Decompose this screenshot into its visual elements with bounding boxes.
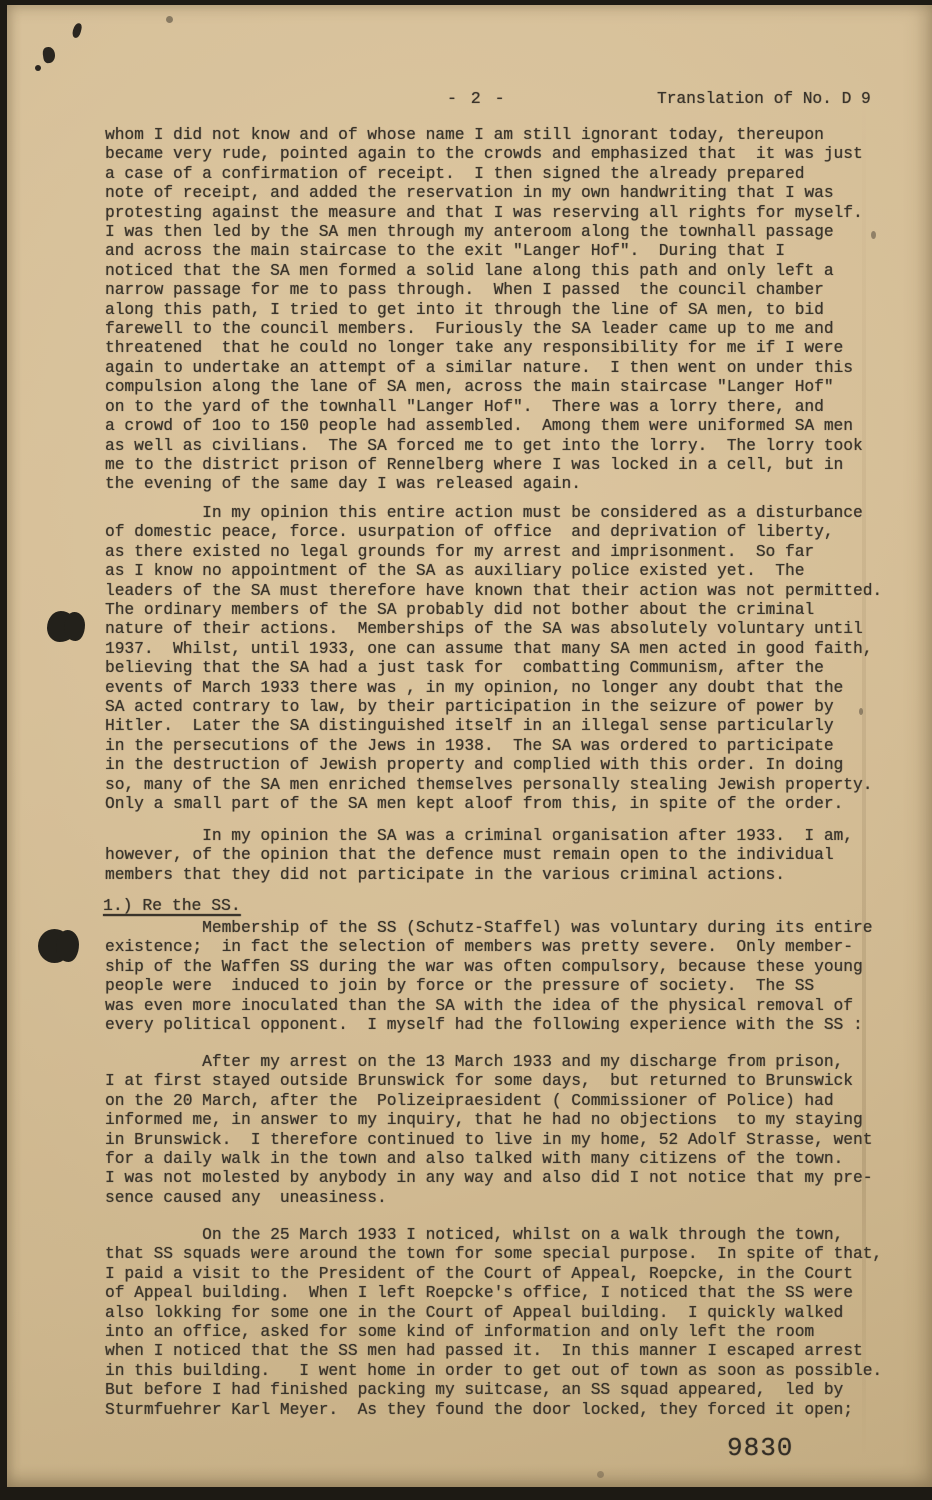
text-line: on the 20 March, after the Polizeipraesi…	[105, 1092, 905, 1111]
text-line: farewell to the council members. Furious…	[105, 320, 905, 339]
text-line: that SS squads were around the town for …	[105, 1245, 905, 1264]
text-line: Only a small part of the SA men kept alo…	[105, 795, 905, 814]
text-line: people were induced to join by force or …	[105, 977, 905, 996]
text-line: I was then led by the SA men through my …	[105, 223, 905, 242]
paper-sheet: - 2 - Translation of No. D 9 whom I did …	[7, 5, 932, 1487]
text-line: On the 25 March 1933 I noticed, whilst o…	[105, 1226, 905, 1245]
text-line: on to the yard of the townhall "Langer H…	[105, 398, 905, 417]
page-number: - 2 -	[447, 89, 507, 108]
text-line: compulsion along the lane of SA men, acr…	[105, 378, 905, 397]
paper-speck	[597, 1471, 604, 1478]
text-line: After my arrest on the 13 March 1933 and…	[105, 1053, 905, 1072]
text-line: protesting against the measure and that …	[105, 204, 905, 223]
text-line: in this building. I went home in order t…	[105, 1362, 905, 1381]
paragraph-ss-membership: Membership of the SS (Schutz-Staffel) wa…	[105, 919, 905, 1035]
text-line: so, many of the SA men enriched themselv…	[105, 776, 905, 795]
paragraph-25-march-events: On the 25 March 1933 I noticed, whilst o…	[105, 1226, 905, 1420]
text-line: SA acted contrary to law, by their parti…	[105, 698, 905, 717]
paper-speck	[859, 708, 863, 715]
text-line: I at first stayed outside Brunswick for …	[105, 1072, 905, 1091]
text-line: note of receipt, and added the reservati…	[105, 184, 905, 203]
text-line: nature of their actions. Memberships of …	[105, 620, 905, 639]
text-line: a case of a confirmation of receipt. I t…	[105, 165, 905, 184]
text-line: members that they did not participate in…	[105, 866, 905, 885]
ink-blot-mark	[38, 929, 71, 963]
text-line: for a daily walk in the town and also ta…	[105, 1150, 905, 1169]
text-line: in the destruction of Jewish property an…	[105, 756, 905, 775]
text-line: of Appeal building. When I left Roepcke'…	[105, 1284, 905, 1303]
text-line: In my opinion the SA was a criminal orga…	[105, 827, 905, 846]
text-line: was even more inoculated than the SA wit…	[105, 997, 905, 1016]
text-line: ship of the Waffen SS during the war was…	[105, 958, 905, 977]
text-line: every political opponent. I myself had t…	[105, 1016, 905, 1035]
paragraph-arrest-account: whom I did not know and of whose name I …	[105, 126, 905, 495]
text-line: also lokking for some one in the Court o…	[105, 1304, 905, 1323]
ink-splatter	[35, 65, 41, 71]
text-line: again to undertake an attempt of a simil…	[105, 359, 905, 378]
text-line: in Brunswick. I therefore continued to l…	[105, 1131, 905, 1150]
text-line: into an office, asked for some kind of i…	[105, 1323, 905, 1342]
text-line: along this path, I tried to get into it …	[105, 301, 905, 320]
text-line: noticed that the SA men formed a solid l…	[105, 262, 905, 281]
translation-reference: Translation of No. D 9	[657, 90, 871, 108]
text-line: sence caused any uneasiness.	[105, 1189, 905, 1208]
paragraph-after-arrest: After my arrest on the 13 March 1933 and…	[105, 1053, 905, 1208]
text-line: of domestic peace, force. usurpation of …	[105, 523, 905, 542]
text-line: I paid a visit to the President of the C…	[105, 1265, 905, 1284]
text-line: me to the district prison of Rennelberg …	[105, 456, 905, 475]
text-line: in the persecutions of the Jews in 1938.…	[105, 737, 905, 756]
text-line: In my opinion this entire action must be…	[105, 504, 905, 523]
text-line: The ordinary members of the SA probably …	[105, 601, 905, 620]
text-line: But before I had finished packing my sui…	[105, 1381, 905, 1400]
text-line: narrow passage for me to pass through. W…	[105, 281, 905, 300]
section-heading-re-the-ss: 1.) Re the SS.	[103, 896, 241, 915]
text-line: Sturmfuehrer Karl Meyer. As they found t…	[105, 1401, 905, 1420]
scanned-document-page: - 2 - Translation of No. D 9 whom I did …	[0, 0, 932, 1500]
text-line: Membership of the SS (Schutz-Staffel) wa…	[105, 919, 905, 938]
text-line: however, of the opinion that the defence…	[105, 846, 905, 865]
text-line: as there existed no legal grounds for my…	[105, 543, 905, 562]
text-line: a crowd of 1oo to 150 people had assembl…	[105, 417, 905, 436]
paragraph-opinion-sa-legality: In my opinion this entire action must be…	[105, 504, 905, 815]
text-line: I was not molested by anybody in any way…	[105, 1169, 905, 1188]
ink-splatter	[42, 46, 56, 64]
text-line: 1937. Whilst, until 1933, one can assume…	[105, 640, 905, 659]
text-line: as I know no appointment of the SA as au…	[105, 562, 905, 581]
paragraph-opinion-sa-criminal: In my opinion the SA was a criminal orga…	[105, 827, 905, 885]
text-line: and across the main staircase to the exi…	[105, 242, 905, 261]
text-line: the evening of the same day I was releas…	[105, 475, 905, 494]
text-line: as well as civilians. The SA forced me t…	[105, 437, 905, 456]
text-line: events of March 1933 there was , in my o…	[105, 679, 905, 698]
text-line: became very rude, pointed again to the c…	[105, 145, 905, 164]
ink-splatter	[71, 22, 82, 38]
text-line: informed me, in answer to my inquiry, th…	[105, 1111, 905, 1130]
text-line: when I noticed that the SS men had passe…	[105, 1342, 905, 1361]
text-line: threatened that he could no longer take …	[105, 339, 905, 358]
page-footer-number: 9830	[727, 1433, 793, 1463]
text-line: leaders of the SA must therefore have kn…	[105, 582, 905, 601]
text-line: existence; in fact the selection of memb…	[105, 938, 905, 957]
paper-speck	[871, 231, 876, 239]
text-line: whom I did not know and of whose name I …	[105, 126, 905, 145]
text-line: Hitler. Later the SA distinguished itsel…	[105, 717, 905, 736]
text-line: believing that the SA had a just task fo…	[105, 659, 905, 678]
ink-splatter	[166, 16, 173, 23]
ink-blot-mark	[47, 611, 77, 642]
